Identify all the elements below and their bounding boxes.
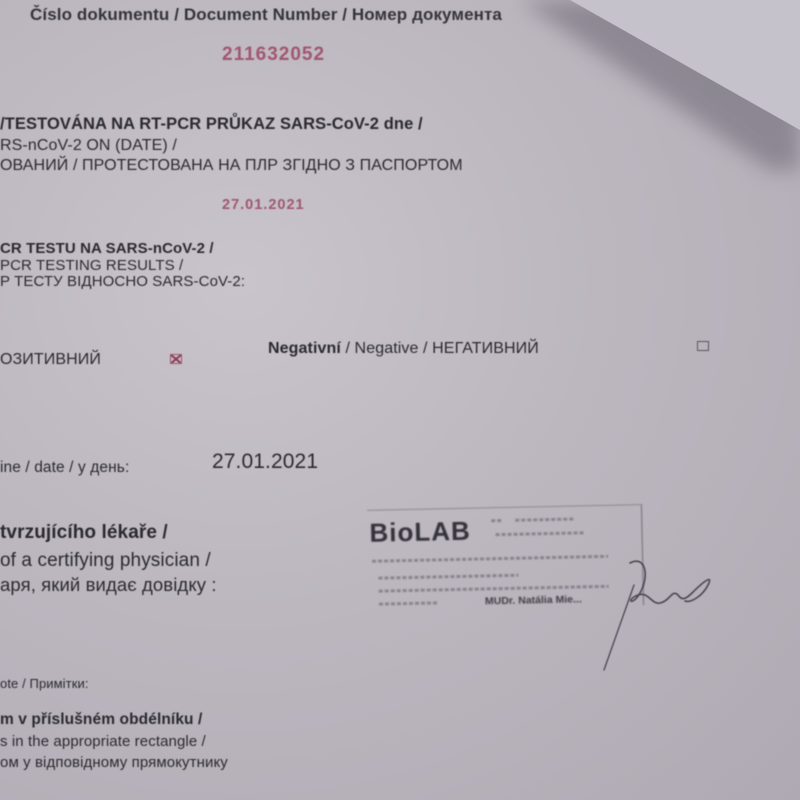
- tested-statement-en: RS-nCoV-2 ON (DATE) /: [0, 137, 177, 155]
- result-heading-cz: CR TESTU NA SARS-nCoV-2 /: [0, 240, 214, 257]
- positive-result-label: ОЗИТИВНИЙ: [0, 351, 101, 369]
- note-line-ua: ом у відповідному прямокутнику: [0, 754, 228, 771]
- physician-label-ua: аря, який видає довідку :: [0, 574, 217, 596]
- date-value: 27.01.2021: [212, 450, 318, 474]
- result-heading-en: PCR TESTING RESULTS /: [0, 257, 183, 274]
- certificate-page: Číslo dokumentu / Document Number / Номе…: [0, 0, 800, 800]
- positive-checkbox[interactable]: [170, 354, 182, 364]
- note-label: ote / Примітки:: [0, 676, 89, 691]
- note-line-en: s in the appropriate rectangle /: [0, 733, 206, 750]
- physician-signature: [590, 555, 750, 675]
- stamp-text-line: [491, 519, 503, 522]
- result-heading-ua: P ТЕСТУ ВІДНОСНО SARS-CoV-2:: [0, 273, 245, 290]
- tested-statement-ua: ОВАНИЙ / ПРОТЕСТОВАНА НА ПЛР ЗГІДНО З ПА…: [0, 157, 463, 175]
- physician-label-en: of a certifying physician /: [0, 550, 211, 572]
- negative-label-cz: Negativní: [268, 340, 341, 357]
- test-date-value: 27.01.2021: [222, 197, 305, 213]
- stamp-signer-name: MUDr. Natália Mie...: [485, 593, 582, 607]
- physician-label-cz: tvrzujícího lékaře /: [0, 522, 168, 544]
- negative-label-rest: / Negative / НЕГАТИВНИЙ: [341, 340, 539, 357]
- note-line-cz: m v příslušném obdélníku /: [0, 711, 202, 729]
- stamp-brand: BioLAB: [369, 516, 471, 549]
- tested-statement-cz: /TESTOVÁNA NA RT-PCR PRŮKAZ SARS-CoV-2 d…: [0, 115, 423, 134]
- negative-checkbox[interactable]: [697, 341, 709, 351]
- date-label: ine / date / у день:: [0, 459, 129, 477]
- document-number-value: 211632052: [222, 44, 325, 66]
- negative-result-label: Negativní / Negative / НЕГАТИВНИЙ: [268, 340, 539, 358]
- document-number-label: Číslo dokumentu / Document Number / Номе…: [30, 5, 502, 25]
